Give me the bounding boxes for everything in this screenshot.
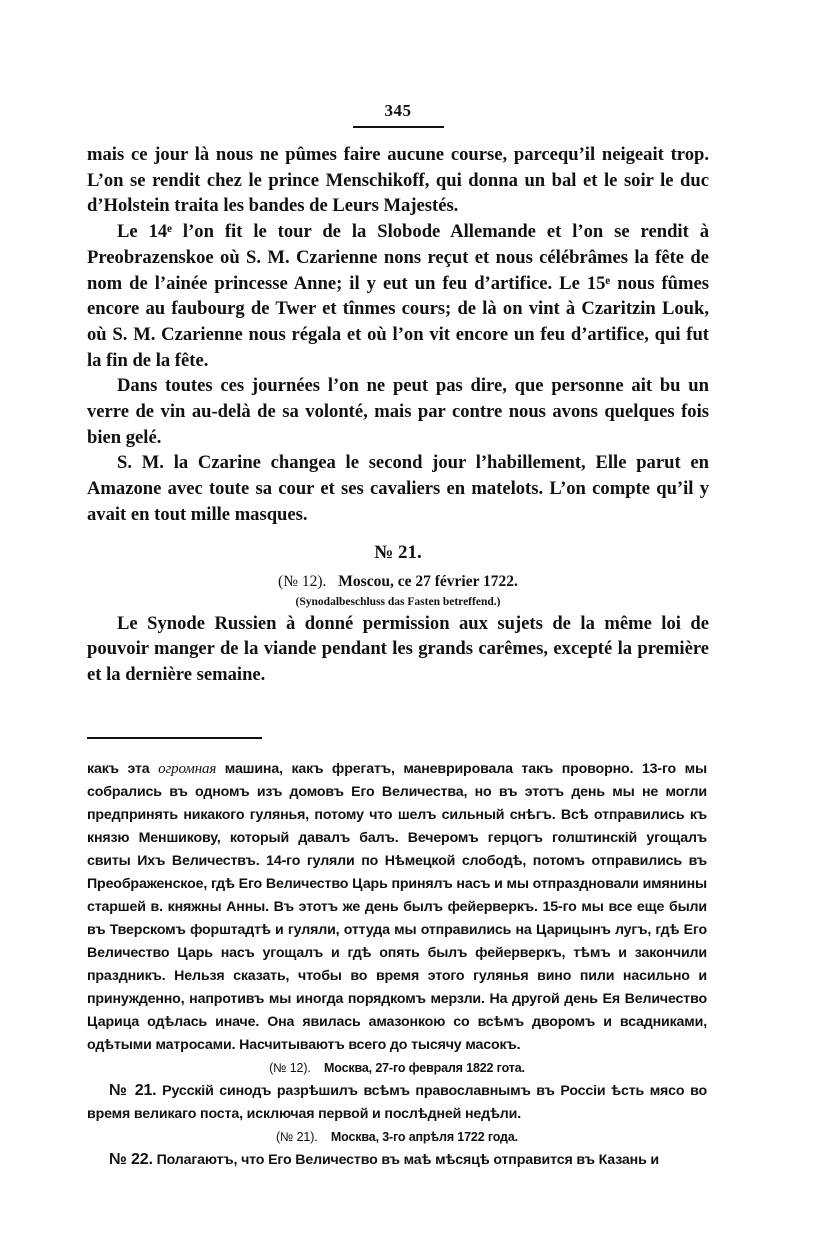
main-text: mais ce jour là nous ne pûmes faire aucu… [87, 142, 709, 688]
footnote-entry-text-21: Русскій синодъ разрѣшилъ всѣмъ православ… [87, 1083, 707, 1122]
footnote-lead: какъ эта [87, 761, 158, 777]
footnote-translation: какъ эта огромная машина, какъ фрегатъ, … [87, 758, 707, 1172]
footnote-entry-number-22: № 22. [109, 1151, 153, 1168]
footnote-entry-21: № 21. Русскій синодъ разрѣшилъ всѣмъ пра… [87, 1079, 707, 1126]
document-heading: № 21. [87, 539, 709, 567]
document-body: Le Synode Russien à donné permission aux… [87, 611, 709, 688]
footnote-entry-number-21: № 21. [109, 1082, 156, 1099]
footnote-entry-place-date-1: Москва, 27-го февраля 1822 гота. [324, 1061, 525, 1075]
footnote-entry-ref-1: (№ 12). [269, 1061, 311, 1075]
footnote-lead-italic: огромная [158, 761, 216, 777]
paragraph-journees: Dans toutes ces journées l’on ne peut pa… [87, 373, 709, 450]
footnote-continuation: машина, какъ фрегатъ, маневрировала такъ… [87, 761, 707, 1053]
footnote-entry-place-date-2: Москва, 3-го апрѣля 1722 года. [331, 1130, 518, 1144]
document-subtitle: (Synodalbeschluss das Fasten betreffend.… [87, 593, 709, 611]
page-number: 345 [87, 101, 709, 121]
footnote-entry-date-1: (№ 12). Москва, 27-го февраля 1822 гота. [87, 1057, 707, 1079]
document-meta: (№ 12). Moscou, ce 27 février 1722. [87, 571, 709, 593]
paragraph-slobode: Le 14ᵉ l’on fit le tour de la Slobode Al… [87, 219, 709, 373]
document-ref: (№ 12). [278, 573, 326, 590]
footnote-entry-22: № 22. Полагаютъ, что Его Величество въ м… [87, 1148, 707, 1172]
footnote-divider [87, 737, 262, 739]
footnote-paragraph: какъ эта огромная машина, какъ фрегатъ, … [87, 758, 707, 1057]
footnote-entry-text-22: Полагаютъ, что Его Величество въ маѣ мѣс… [157, 1152, 659, 1168]
footnote-entry-ref-2: (№ 21). [276, 1130, 318, 1144]
paragraph-czarine: S. M. la Czarine changea le second jour … [87, 450, 709, 527]
footnote-entry-date-2: (№ 21). Москва, 3-го апрѣля 1722 года. [87, 1126, 707, 1148]
document-place-date: Moscou, ce 27 février 1722. [338, 573, 518, 590]
paragraph-continuation: mais ce jour là nous ne pûmes faire aucu… [87, 142, 709, 219]
page-number-rule [353, 126, 444, 128]
